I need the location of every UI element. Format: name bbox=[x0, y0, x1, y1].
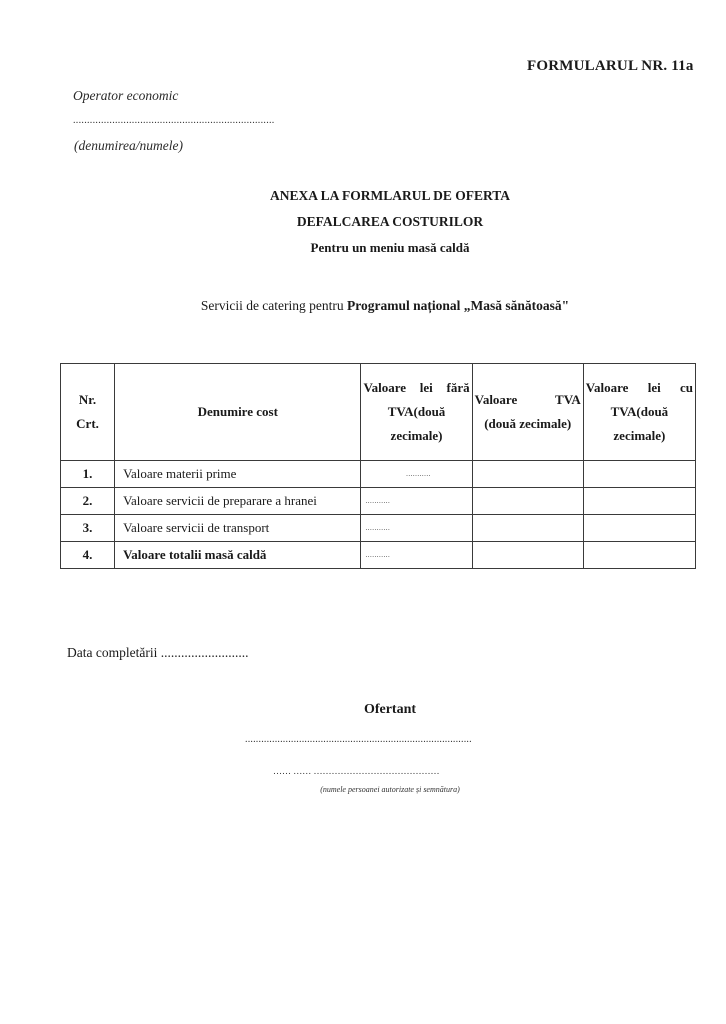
signer-field[interactable]: …… …… …………………………………… bbox=[273, 766, 440, 776]
signer-hint: (numele persoanei autorizate și semnătur… bbox=[200, 785, 580, 794]
header-nr-crt: Nr. Crt. bbox=[61, 364, 115, 461]
table-row: 2. Valoare servicii de preparare a hrane… bbox=[61, 488, 696, 515]
value-with-vat-field[interactable] bbox=[583, 461, 695, 488]
row-number: 4. bbox=[61, 542, 115, 569]
services-prefix: Servicii de catering pentru bbox=[201, 298, 347, 313]
value-with-vat-field[interactable] bbox=[583, 488, 695, 515]
row-number: 3. bbox=[61, 515, 115, 542]
operator-label: Operator economic bbox=[73, 88, 178, 104]
program-name: Programul național „Masă sănătoasă" bbox=[347, 298, 569, 313]
cost-breakdown-table: Nr. Crt. Denumire cost Valoare lei fără … bbox=[60, 363, 696, 569]
cost-name: Valoare servicii de preparare a hranei bbox=[115, 488, 361, 515]
value-without-vat-field[interactable]: ........... bbox=[361, 488, 472, 515]
operator-name-field[interactable]: ........................................… bbox=[73, 115, 275, 126]
header-value-without-vat: Valoare lei fără TVA(două zecimale) bbox=[361, 364, 472, 461]
services-line: Servicii de catering pentru Programul na… bbox=[120, 298, 650, 314]
value-with-vat-field[interactable] bbox=[583, 515, 695, 542]
header-vat-value: Valoare TVA (două zecimale) bbox=[472, 364, 583, 461]
bidder-name-field[interactable]: ........................................… bbox=[245, 734, 472, 745]
vat-field[interactable] bbox=[472, 488, 583, 515]
table-row: 3. Valoare servicii de transport .......… bbox=[61, 515, 696, 542]
cost-name: Valoare servicii de transport bbox=[115, 515, 361, 542]
row-number: 2. bbox=[61, 488, 115, 515]
value-without-vat-field[interactable]: ........... bbox=[361, 542, 472, 569]
breakdown-title: DEFALCAREA COSTURILOR bbox=[180, 214, 600, 230]
cost-name: Valoare totalii masă caldă bbox=[115, 542, 361, 569]
header-value-with-vat: Valoare lei cu TVA(două zecimale) bbox=[583, 364, 695, 461]
table-row-total: 4. Valoare totalii masă caldă ..........… bbox=[61, 542, 696, 569]
operator-hint: (denumirea/numele) bbox=[74, 138, 183, 154]
table-header-row: Nr. Crt. Denumire cost Valoare lei fără … bbox=[61, 364, 696, 461]
bidder-label: Ofertant bbox=[180, 702, 600, 718]
vat-field[interactable] bbox=[472, 461, 583, 488]
vat-field[interactable] bbox=[472, 542, 583, 569]
annex-title: ANEXA LA FORMLARUL DE OFERTA bbox=[180, 188, 600, 204]
completion-date-field[interactable]: Data completării .......................… bbox=[67, 645, 248, 661]
form-number: FORMULARUL NR. 11a bbox=[527, 58, 694, 75]
value-with-vat-field[interactable] bbox=[583, 542, 695, 569]
row-number: 1. bbox=[61, 461, 115, 488]
cost-name: Valoare materii prime bbox=[115, 461, 361, 488]
value-without-vat-field[interactable]: ........... bbox=[361, 461, 472, 488]
table-row: 1. Valoare materii prime ........... bbox=[61, 461, 696, 488]
value-without-vat-field[interactable]: ........... bbox=[361, 515, 472, 542]
menu-title: Pentru un meniu masă caldă bbox=[180, 240, 600, 256]
header-cost-name: Denumire cost bbox=[115, 364, 361, 461]
vat-field[interactable] bbox=[472, 515, 583, 542]
